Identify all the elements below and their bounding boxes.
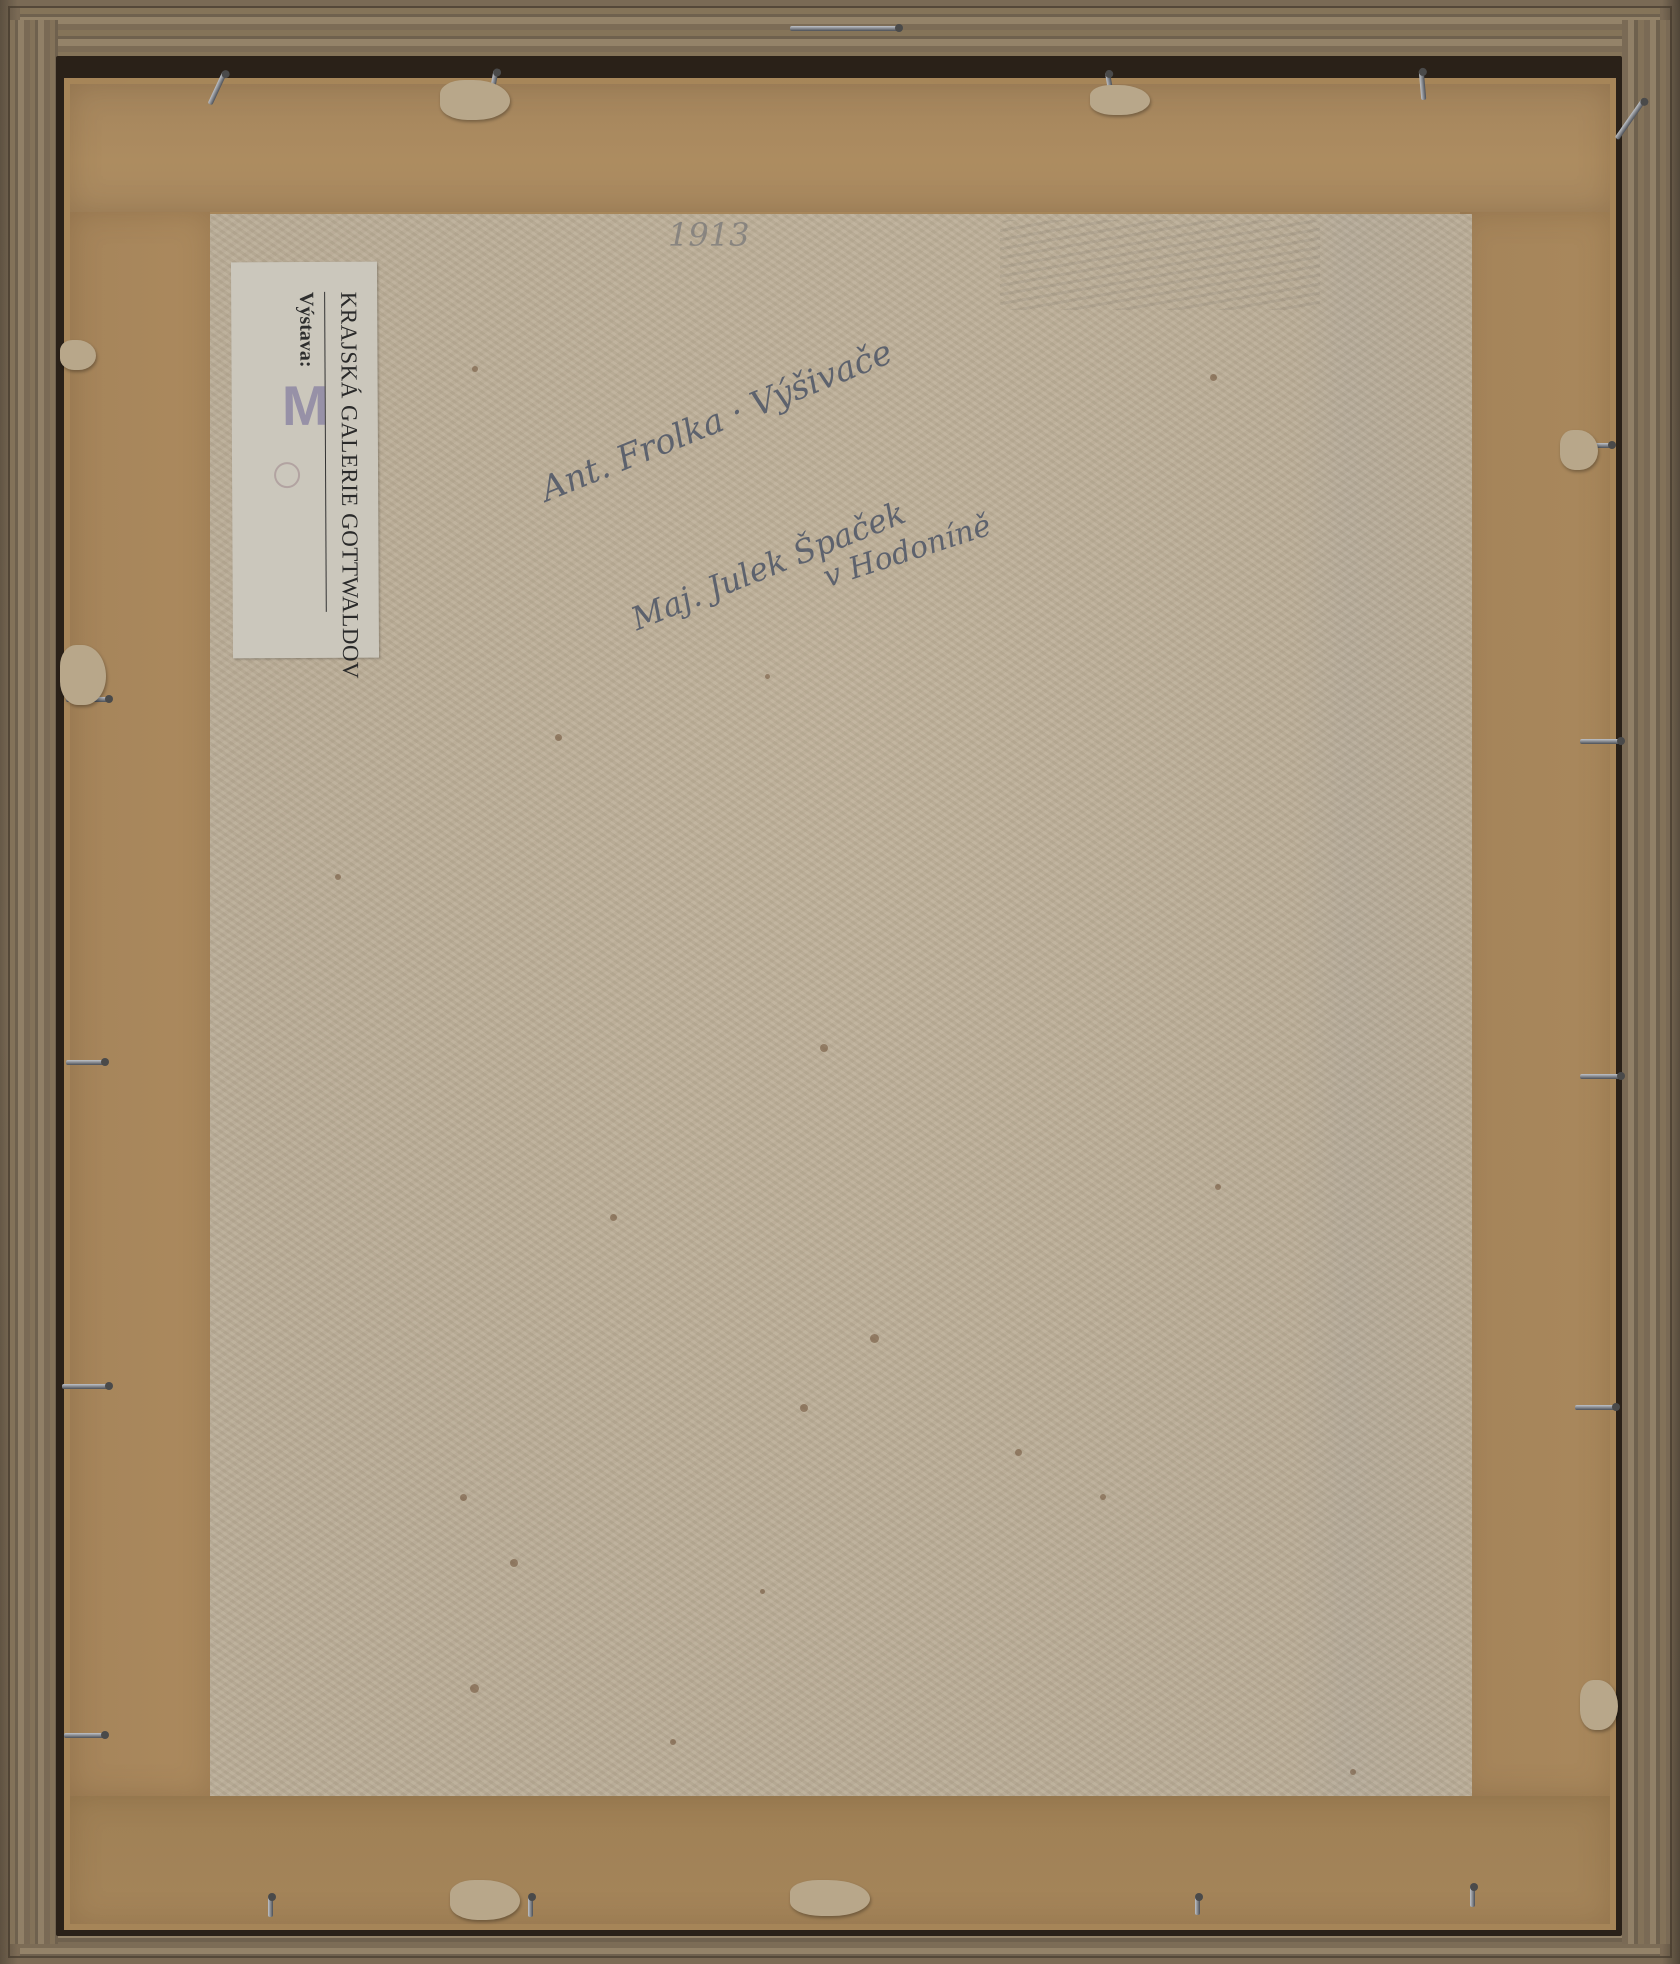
- erased-pencil-marks: [1000, 220, 1320, 310]
- torn-paper-tab: [1580, 1680, 1618, 1730]
- nail-icon: [62, 1384, 110, 1389]
- nail-icon: [790, 26, 900, 31]
- foxing-spot: [870, 1334, 879, 1343]
- torn-paper-tab: [790, 1880, 870, 1916]
- foxing-spot: [1350, 1769, 1356, 1775]
- picture-frame: 1913 Ant. Frolka · Výšivače Maj. Julek Š…: [0, 0, 1680, 1964]
- foxing-spot: [760, 1589, 765, 1594]
- foxing-spot: [610, 1214, 617, 1221]
- foxing-spot: [472, 366, 478, 372]
- foxing-spot: [800, 1404, 808, 1412]
- gallery-label-title: KRAJSKÁ GALERIE GOTTWALDOV: [335, 292, 363, 632]
- foxing-spot: [510, 1559, 518, 1567]
- nail-icon: [1575, 1405, 1617, 1410]
- foxing-spot: [555, 734, 562, 741]
- nail-icon: [1580, 1074, 1622, 1079]
- frame-rail-right: [1622, 20, 1670, 1944]
- nail-icon: [1195, 1895, 1200, 1915]
- gallery-label-field: Výstava:: [294, 292, 317, 368]
- gallery-label-stamp: M: [282, 373, 329, 438]
- nail-icon: [66, 1060, 106, 1065]
- nail-icon: [528, 1895, 533, 1917]
- foxing-spot: [1100, 1494, 1106, 1500]
- backing-paper: [210, 214, 1472, 1796]
- foxing-spot: [335, 874, 341, 880]
- gallery-label: KRAJSKÁ GALERIE GOTTWALDOV Výstava: M: [231, 262, 379, 659]
- foxing-spot: [670, 1739, 676, 1745]
- foxing-spot: [1215, 1184, 1221, 1190]
- foxing-spot: [460, 1494, 467, 1501]
- foxing-spot: [470, 1684, 479, 1693]
- torn-paper-tab: [1090, 85, 1150, 115]
- frame-rail-top: [20, 8, 1660, 58]
- torn-paper-tab: [440, 80, 510, 120]
- torn-paper-tab: [1560, 430, 1598, 470]
- gallery-label-rule: [324, 292, 327, 612]
- tape-strip-left: [70, 212, 210, 1796]
- torn-paper-tab: [450, 1880, 520, 1920]
- nail-icon: [1470, 1885, 1475, 1907]
- foxing-spot: [820, 1044, 828, 1052]
- gallery-label-circle-mark: [274, 462, 300, 488]
- nail-icon: [1580, 739, 1622, 744]
- foxing-spot: [1210, 374, 1217, 381]
- gallery-label-rotated-content: KRAJSKÁ GALERIE GOTTWALDOV Výstava: M: [231, 262, 379, 659]
- foxing-spot: [1015, 1449, 1022, 1456]
- torn-paper-tab: [60, 340, 96, 370]
- paper-texture: [210, 214, 1472, 1796]
- nail-icon: [268, 1895, 273, 1917]
- frame-rail-left: [10, 20, 58, 1944]
- nail-icon: [64, 1733, 106, 1738]
- pencil-number: 1913: [668, 216, 749, 254]
- foxing-spot: [765, 674, 770, 679]
- torn-paper-tab: [60, 645, 106, 705]
- tape-strip-top: [70, 84, 1610, 212]
